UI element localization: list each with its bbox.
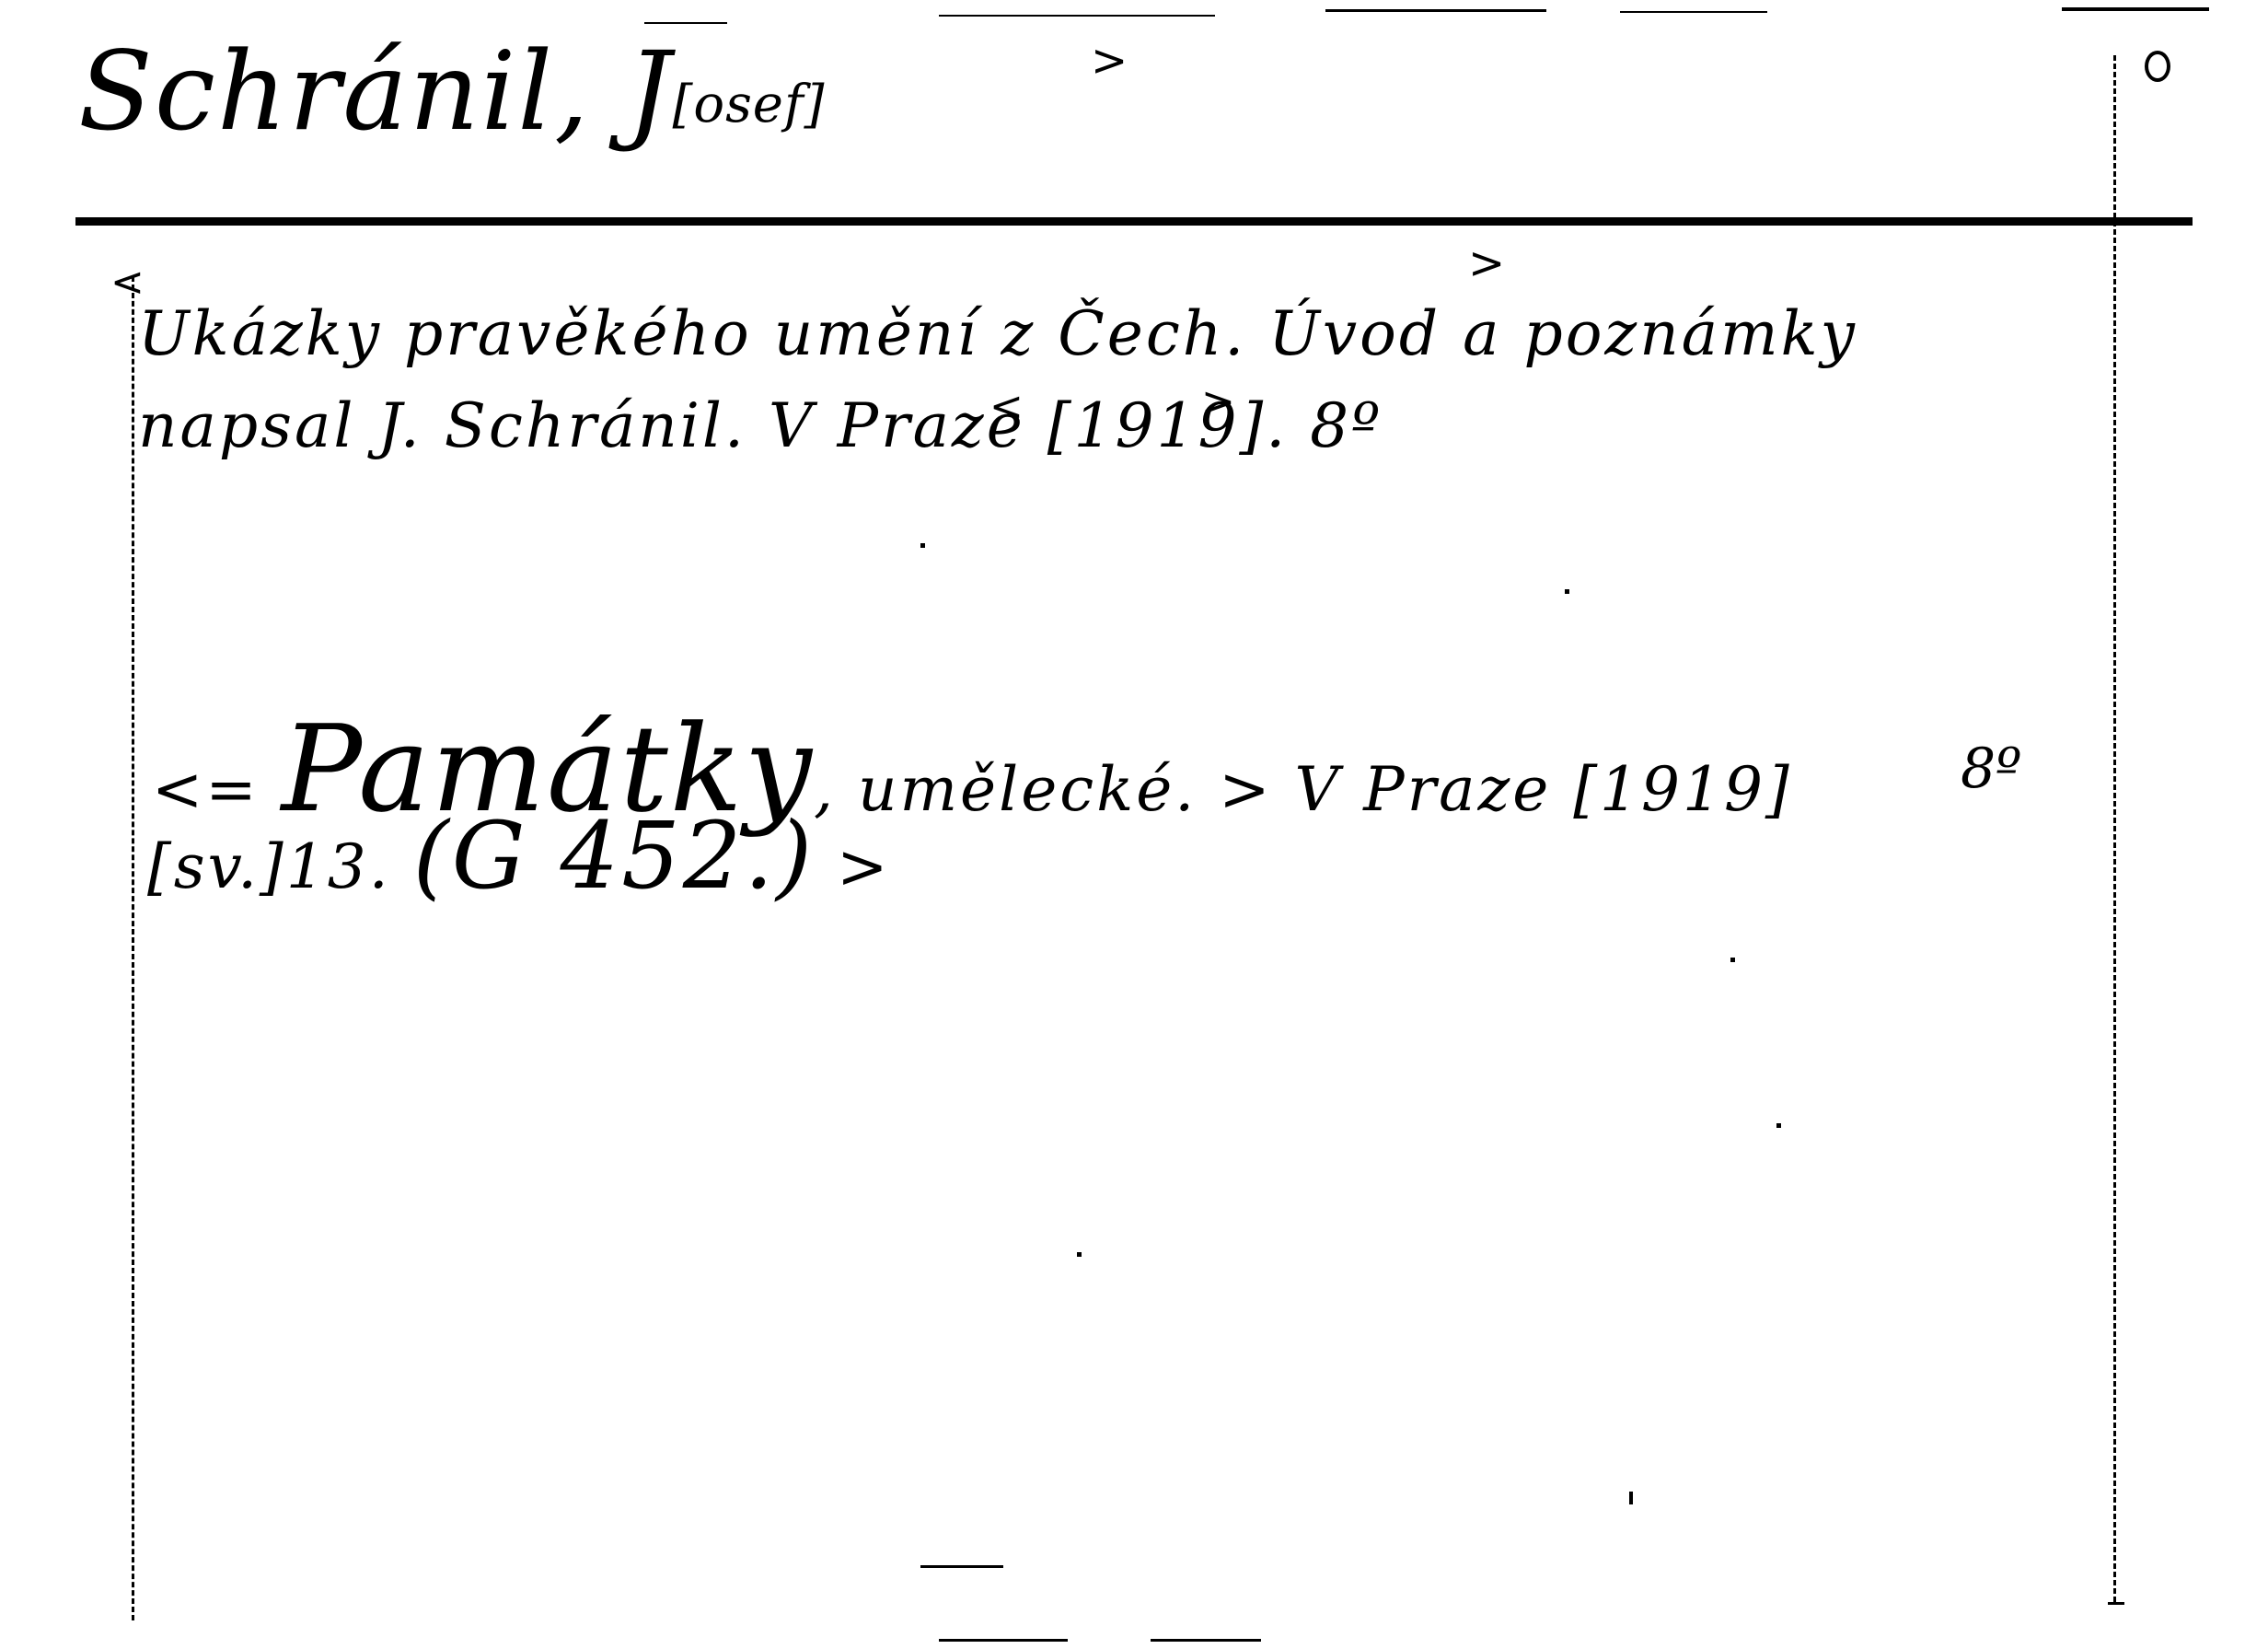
entry-title-line-2: napsal J. Schránil. V Praze [1919]. 8º	[138, 396, 1383, 457]
entry-title-close-marker: >	[1468, 241, 1505, 285]
series-line2-close-marker: >	[837, 831, 890, 902]
scan-edge-noise	[2062, 7, 2209, 11]
scan-speck	[1565, 589, 1569, 594]
corner-circle-mark	[2145, 51, 2170, 82]
scan-speck	[920, 1565, 1003, 1568]
heading-rule	[75, 217, 2193, 226]
series-close-marker: >	[1219, 754, 1272, 825]
scan-speck	[1077, 1252, 1082, 1257]
author-forename-completion: [osef]	[673, 75, 826, 134]
scan-speck	[1629, 1492, 1633, 1504]
scan-speck	[1151, 1639, 1261, 1642]
imprint-open-marker: <	[989, 387, 1024, 427]
heading-end-marker: >	[1091, 39, 1128, 83]
series-place-year: V Praze [1919]	[1295, 754, 1792, 825]
imprint-close-marker: >	[1201, 382, 1235, 423]
scan-speck	[2108, 1602, 2124, 1605]
author-surname: Schránil,	[78, 28, 591, 155]
right-margin-line	[2113, 55, 2116, 1602]
scan-edge-noise	[1620, 11, 1767, 13]
scan-edge-noise	[644, 22, 727, 24]
series-note-line-2: [sv.]13. (G 452.) >	[147, 810, 890, 902]
entry-open-marker: <	[110, 262, 145, 303]
shelfmark: (G 452.)	[413, 802, 815, 910]
author-initial: J	[627, 28, 672, 155]
scan-speck	[1730, 958, 1735, 962]
card-heading-author: Schránil, J[osef]	[78, 37, 826, 145]
catalog-card: Schránil, J[osef] > < Ukázky pravěkého u…	[0, 0, 2268, 1649]
series-format: 8º	[1961, 737, 2021, 801]
series-volume-prefix: [sv.]	[147, 831, 286, 902]
scan-edge-noise	[939, 15, 1215, 17]
entry-title-line-1: Ukázky pravěkého umění z Čech. Úvod a po…	[138, 304, 1857, 365]
scan-speck	[920, 543, 925, 548]
scan-speck	[939, 1639, 1068, 1642]
scan-speck	[1776, 1123, 1781, 1128]
scan-edge-noise	[1325, 9, 1546, 12]
series-volume: 13.	[286, 831, 391, 902]
left-margin-line	[132, 276, 134, 1620]
